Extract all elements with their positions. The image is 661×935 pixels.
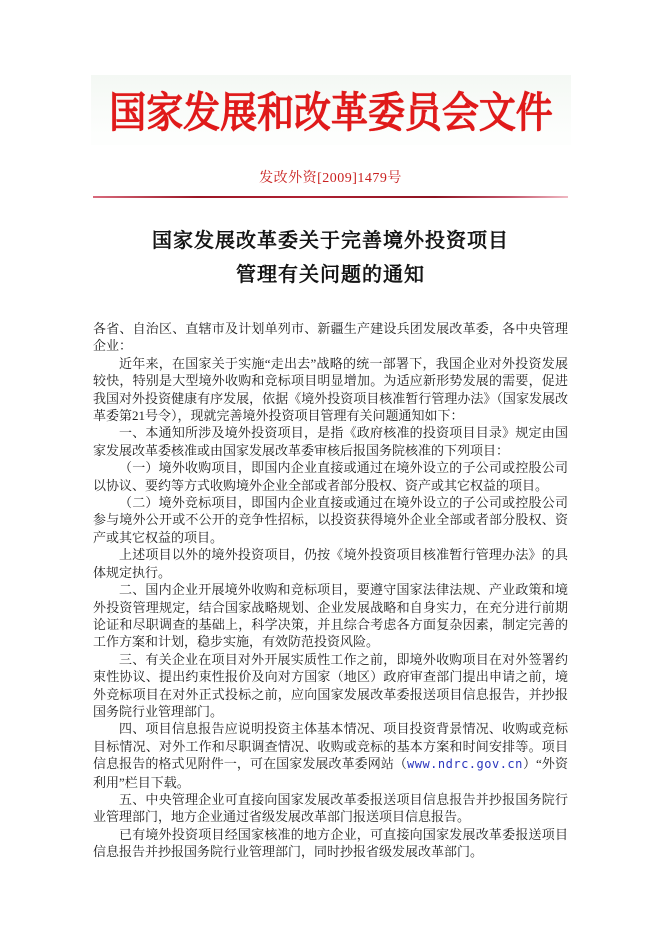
paragraph-item-1-sub-1: （一）境外收购项目，即国内企业直接或通过在境外设立的子公司或控股公司以协议、要约…	[93, 459, 568, 494]
letterhead-title: 国家发展和改革委员会文件	[109, 80, 553, 140]
paragraph-intro: 近年来，在国家关于实施“走出去”战略的统一部署下，我国企业对外投资发展较快，特别…	[93, 355, 568, 425]
paragraph-item-1-note: 上述项目以外的境外投资项目，仍按《境外投资项目核准暂行管理办法》的具体规定执行。	[93, 546, 568, 581]
paragraph-text: 各省、自治区、直辖市及计划单列市、新疆生产建设兵团发展改革委，各中央管理企业：	[93, 321, 568, 353]
paragraph-text: （二）境外竞标项目，即国内企业直接或通过在境外设立的子公司或控股公司参与境外公开…	[93, 495, 568, 545]
paragraph-text: 三、有关企业在项目对外开展实质性工作之前，即境外收购项目在对外签署约束性协议、提…	[93, 652, 568, 719]
paragraph-text: 上述项目以外的境外投资项目，仍按《境外投资项目核准暂行管理办法》的具体规定执行。	[93, 547, 568, 579]
salutation: 各省、自治区、直辖市及计划单列市、新疆生产建设兵团发展改革委，各中央管理企业：	[93, 320, 568, 355]
letterhead-band: 国家发展和改革委员会文件	[91, 75, 571, 145]
document-page: 国家发展和改革委员会文件 发改外资[2009]1479号 国家发展改革委关于完善…	[0, 0, 661, 935]
document-title: 国家发展改革委关于完善境外投资项目 管理有关问题的通知	[0, 224, 661, 292]
paragraph-item-2: 二、国内企业开展境外收购和竞标项目，要遵守国家法律法规、产业政策和境外投资管理规…	[93, 581, 568, 651]
paragraph-item-1-sub-2: （二）境外竞标项目，即国内企业直接或通过在境外设立的子公司或控股公司参与境外公开…	[93, 494, 568, 546]
paragraph-item-4: 四、项目信息报告应说明投资主体基本情况、项目投资背景情况、收购或竞标目标情况、对…	[93, 720, 568, 791]
ndrc-website-link[interactable]: www.ndrc.gov.cn	[407, 757, 523, 771]
paragraph-text: 已有境外投资项目经国家核准的地方企业，可直接向国家发展改革委报送项目信息报告并抄…	[93, 827, 568, 859]
red-divider-rule	[93, 196, 568, 198]
paragraph-item-3: 三、有关企业在项目对外开展实质性工作之前，即境外收购项目在对外签署约束性协议、提…	[93, 651, 568, 721]
paragraph-text: 五、中央管理企业可直接向国家发展改革委报送项目信息报告并抄报国务院行业管理部门，…	[93, 792, 568, 824]
document-body: 各省、自治区、直辖市及计划单列市、新疆生产建设兵团发展改革委，各中央管理企业：近…	[93, 320, 568, 861]
document-title-line1: 国家发展改革委关于完善境外投资项目	[0, 224, 661, 258]
document-title-line2: 管理有关问题的通知	[0, 258, 661, 292]
paragraph-text: 二、国内企业开展境外收购和竞标项目，要遵守国家法律法规、产业政策和境外投资管理规…	[93, 582, 568, 649]
paragraph-item-5-note: 已有境外投资项目经国家核准的地方企业，可直接向国家发展改革委报送项目信息报告并抄…	[93, 826, 568, 861]
paragraph-item-5: 五、中央管理企业可直接向国家发展改革委报送项目信息报告并抄报国务院行业管理部门，…	[93, 791, 568, 826]
document-number: 发改外资[2009]1479号	[0, 167, 661, 187]
paragraph-text: 一、本通知所涉及境外投资项目，是指《政府核准的投资项目目录》规定由国家发展改革委…	[93, 425, 568, 457]
paragraph-text: （一）境外收购项目，即国内企业直接或通过在境外设立的子公司或控股公司以协议、要约…	[93, 460, 568, 492]
paragraph-text: 近年来，在国家关于实施“走出去”战略的统一部署下，我国企业对外投资发展较快，特别…	[93, 356, 568, 423]
paragraph-item-1: 一、本通知所涉及境外投资项目，是指《政府核准的投资项目目录》规定由国家发展改革委…	[93, 424, 568, 459]
